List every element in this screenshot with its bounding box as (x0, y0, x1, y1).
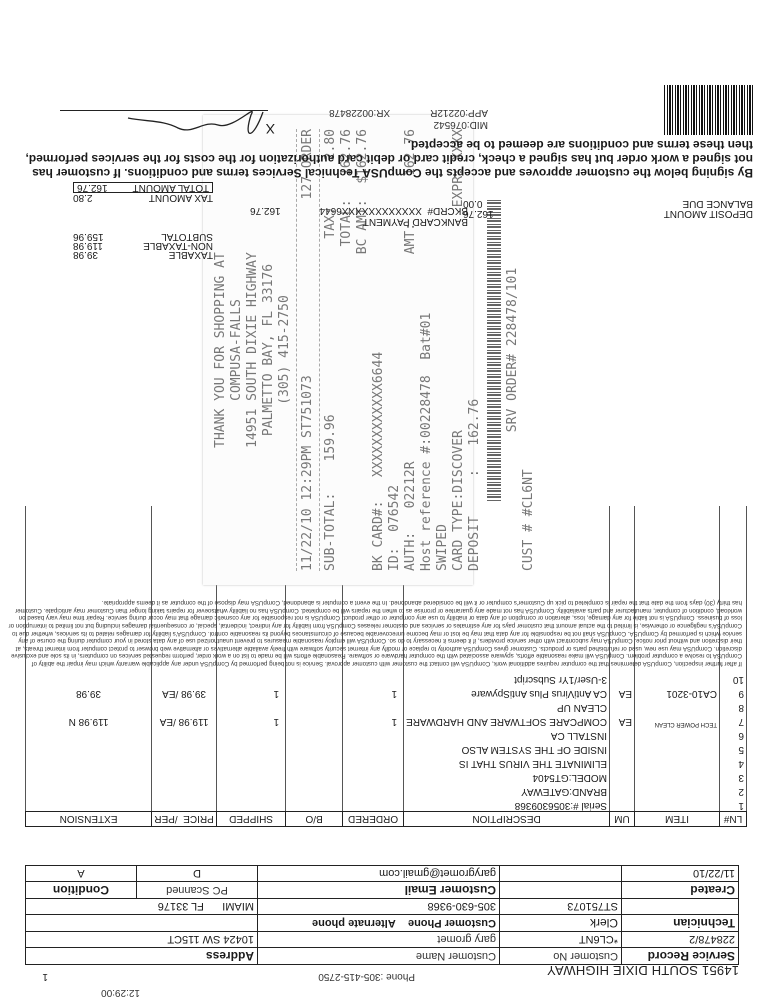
total-amount-box: TOTAL AMOUNT162.76 (73, 182, 213, 193)
line-number: 3 (720, 769, 747, 783)
backorder-qty (286, 713, 343, 727)
transaction-codes: MID:076542 APP:02212RXR:00228478 (289, 106, 488, 130)
deposit-row: DEPOSIT AMOUNT162.76 (463, 208, 753, 218)
ordered-qty (343, 699, 404, 713)
col-shipped: SHIPPED (217, 812, 286, 827)
table-row: 4ELIMINATE THE VIRUS THAT IS (26, 755, 747, 769)
unit-price (152, 783, 217, 797)
receipt-address2: PALMETTO BAY, FL 33176 (261, 129, 277, 571)
store-address: 14951 SOUTH DIXIE HIGHWAY (547, 963, 739, 978)
item-code: TECH POWER CLEAN (635, 713, 720, 727)
value-pc-scanned: D (136, 866, 257, 882)
value-service-record: 228478/2 (622, 932, 739, 948)
receipt-datetime-row: 11/22/10 12:29PM ST751073127 ORDER (300, 129, 316, 571)
address-line2-blank (26, 915, 258, 932)
payment-receipt: THANK YOU FOR SHOPPING AT COMPUSA-FALLS … (203, 115, 473, 585)
value-created: 11/22/10 (622, 866, 739, 882)
line-number: 7 (720, 713, 747, 727)
totals-block: TAXABLE39.98 NON-TAXABLE119.98 SUBTOTAL1… (73, 182, 213, 259)
unit-price (152, 797, 217, 812)
line-number: 5 (720, 741, 747, 755)
value-state-zip: FL 33176 (158, 901, 204, 913)
receipt-total-row: TOTAL: 162.76 (339, 129, 355, 571)
value-customer-email: garygromet@gmail.com (258, 866, 500, 882)
col-ordered: ORDERED (343, 812, 404, 827)
backorder-qty (286, 769, 343, 783)
receipt-srv-order: SRV ORDER# 228478/101 (505, 129, 521, 571)
label-customer-phone: Customer Phone (408, 917, 496, 929)
unit-measure (610, 671, 635, 685)
taxable-row: TAXABLE39.98 (73, 250, 213, 259)
unit-price (152, 769, 217, 783)
unit-price (152, 727, 217, 741)
non-taxable-row: NON-TAXABLE119.98 (73, 241, 213, 250)
unit-measure (610, 741, 635, 755)
value-clerk: ST751073 (500, 899, 622, 915)
receipt-bc-amt-row: BC AMT: $162.76 (355, 129, 371, 571)
item-code (635, 727, 720, 741)
label-technician: Technician (622, 915, 739, 932)
label-clerk: Clerk (500, 915, 622, 932)
label-customer-no: Customer No (500, 948, 622, 965)
label-address: Address (26, 948, 258, 965)
extension (26, 699, 152, 713)
description: INSIDE OF THE SYSTEM ALSO (404, 741, 610, 755)
customer-header-table: Service Record Customer No Customer Name… (25, 865, 739, 965)
balance-row: BALANCE DUE0.00 (463, 198, 753, 208)
unit-measure (610, 783, 635, 797)
value-customer-phone: 305-630-9368 (258, 899, 500, 915)
backorder-qty (286, 685, 343, 699)
receipt-id-row: ID: 076542 (387, 129, 403, 571)
page-number: 1 (42, 971, 48, 982)
deposit-block: DEPOSIT AMOUNT162.76 BALANCE DUE0.00 (463, 198, 753, 218)
shipped-qty (217, 727, 286, 741)
payment-card-row: BKCRD# XXXXXXXXXXXX6644 162.76 (250, 205, 468, 216)
unit-measure (610, 769, 635, 783)
label-condition: Condition (26, 882, 137, 899)
receipt-auth-row: AUTH: 02212RAMT: 162.76 (403, 129, 419, 571)
line-number: 10 (720, 671, 747, 685)
line-number: 8 (720, 699, 747, 713)
value-customer-no: *CL6NT (500, 932, 622, 948)
unit-measure (610, 797, 635, 812)
unit-price (152, 755, 217, 769)
extension (26, 783, 152, 797)
ordered-qty: 1 (343, 685, 404, 699)
value-customer-name: gary gromet (258, 932, 500, 948)
terms-fine-print: If after further inspection, CompUSA det… (7, 599, 742, 667)
receipt-store: COMPUSA-FALLS (229, 129, 245, 571)
ordered-qty (343, 741, 404, 755)
mid-code: MID:076542 (289, 118, 488, 130)
shipped-qty (217, 769, 286, 783)
table-row: 3MODEL:GT5404 (26, 769, 747, 783)
value-technician (622, 899, 739, 915)
shipped-qty (217, 783, 286, 797)
col-item: ITEM (635, 812, 720, 827)
col-ln: LN# (720, 812, 747, 827)
table-row: 5INSIDE OF THE SYSTEM ALSO (26, 741, 747, 755)
unit-price: 39.98 /EA (152, 685, 217, 699)
table-row: 9CA10-3201EACA AntiVirus Plus AntiSpywar… (26, 685, 747, 699)
table-row: 8CLEAN UP (26, 699, 747, 713)
shipped-qty: 1 (217, 685, 286, 699)
label-service-record: Service Record (622, 948, 739, 965)
extension (26, 769, 152, 783)
ordered-qty (343, 769, 404, 783)
receipt-cust: CUST # #CL6NT (521, 129, 537, 571)
value-address: 10424 SW 115CT (26, 932, 258, 948)
description: ELIMINATE THE VIRUS THAT IS (404, 755, 610, 769)
shipped-qty (217, 699, 286, 713)
description: MODEL:GT5404 (404, 769, 610, 783)
receipt-thanks: THANK YOU FOR SHOPPING AT (213, 129, 229, 571)
customer-signature (43, 100, 273, 160)
store-phone: Phone :305-415-2750 (318, 971, 415, 982)
label-customer-email: Customer Email (258, 882, 500, 899)
label-created: Created (622, 882, 739, 899)
item-code (635, 755, 720, 769)
table-row: 2BRAND:GATEWAY (26, 783, 747, 797)
description: INSTALL CA (404, 727, 610, 741)
unit-measure (610, 727, 635, 741)
shipped-qty (217, 741, 286, 755)
shipped-qty (217, 755, 286, 769)
receipt-host-row: Host reference #:00228478 Bat#01 (419, 129, 435, 571)
backorder-qty (286, 699, 343, 713)
work-order-page: 12:29:00 Phone :305-415-2750 1 14951 SOU… (0, 0, 773, 1000)
items-header-row: LN# ITEM UM DESCRIPTION ORDERED B/O SHIP… (26, 812, 747, 827)
item-code (635, 671, 720, 685)
backorder-qty (286, 755, 343, 769)
col-um: UM (610, 812, 635, 827)
ordered-qty (343, 671, 404, 685)
table-row: 7TECH POWER CLEANEACOMPCARE SOFTWARE AND… (26, 713, 747, 727)
description: CA AntiVirus Plus AntiSpyware (404, 685, 610, 699)
print-time: 12:29:00 (101, 987, 140, 998)
col-description: DESCRIPTION (404, 812, 610, 827)
description: BRAND:GATEWAY (404, 783, 610, 797)
label-alternate-phone: Alternate phone (312, 917, 396, 929)
line-number: 1 (720, 797, 747, 812)
table-row: 6INSTALL CA (26, 727, 747, 741)
ordered-qty: 1 (343, 713, 404, 727)
unit-price (152, 671, 217, 685)
extension (26, 727, 152, 741)
col-price: PRICE /PER (152, 812, 217, 827)
line-number: 2 (720, 783, 747, 797)
backorder-qty (286, 741, 343, 755)
extension: 39.98 (26, 685, 152, 699)
col-extension: EXTENSION (26, 812, 152, 827)
shipped-qty: 1 (217, 713, 286, 727)
unit-price (152, 699, 217, 713)
label-customer-name: Customer Name (258, 948, 500, 965)
label-pc-scanned: PC Scanned (136, 882, 257, 899)
ordered-qty (343, 783, 404, 797)
unit-measure (610, 699, 635, 713)
unit-measure: EA (610, 713, 635, 727)
document-barcode (663, 85, 753, 135)
col-bo: B/O (286, 812, 343, 827)
description: Serial #:3056309368 (404, 797, 610, 812)
line-number: 4 (720, 755, 747, 769)
description: CLEAN UP (404, 699, 610, 713)
receipt-address1: 14951 SOUTH DIXIE HIGHWAY (245, 129, 261, 571)
value-condition: A (26, 866, 137, 882)
item-code (635, 783, 720, 797)
blank-cell (500, 882, 622, 899)
value-city: MIAMI (222, 901, 254, 913)
description: COMPCARE SOFTWARE AND HARDWARE (404, 713, 610, 727)
tax-row: TAX AMOUNT2.80 (73, 193, 213, 202)
label-phones: Customer Phone Alternate phone (258, 915, 500, 932)
xr-code: XR:00228478 (329, 107, 390, 118)
backorder-qty (286, 671, 343, 685)
receipt-subtotal-row: SUB-TOTAL: 159.96TAX: 2.80 (323, 129, 339, 571)
line-number: 6 (720, 727, 747, 741)
line-number: 9 (720, 685, 747, 699)
signature-line (60, 110, 268, 111)
unit-measure (610, 755, 635, 769)
receipt-barcode (487, 199, 501, 501)
item-code (635, 699, 720, 713)
receipt-deposit-row: DEPOSIT : 162.76 (467, 129, 483, 571)
receipt-card-row: BK CARD#: XXXXXXXXXXXX6644 (371, 129, 387, 571)
table-row: 1Serial #:3056309368 (26, 797, 747, 812)
ordered-qty (343, 755, 404, 769)
unit-price (152, 741, 217, 755)
ordered-qty (343, 797, 404, 812)
unit-price: 119.98 /EA (152, 713, 217, 727)
extension (26, 797, 152, 812)
item-code (635, 769, 720, 783)
backorder-qty (286, 797, 343, 812)
shipped-qty (217, 797, 286, 812)
receipt-card-type-row: CARD TYPE:DISCOVEREXPR: XXXX (451, 129, 467, 571)
bankcard-payment: BANKCARD PAYMENT BKCRD# XXXXXXXXXXXX6644… (250, 205, 468, 227)
backorder-qty (286, 727, 343, 741)
table-row: 103-User/1Yr Subscript (26, 671, 747, 685)
item-code (635, 797, 720, 812)
receipt-swiped: SWIPED (435, 129, 451, 571)
ordered-qty (343, 727, 404, 741)
blank-cell (500, 866, 622, 882)
item-code: CA10-3201 (635, 685, 720, 699)
unit-measure: EA (610, 685, 635, 699)
extension: 119.98 N (26, 713, 152, 727)
app-code: APP:02212R (430, 107, 488, 118)
value-city-state: MIAMI FL 33176 (26, 899, 258, 915)
item-code (635, 741, 720, 755)
payment-type: BANKCARD PAYMENT (250, 216, 468, 227)
shipped-qty (217, 671, 286, 685)
extension (26, 741, 152, 755)
backorder-qty (286, 783, 343, 797)
extension (26, 671, 152, 685)
extension (26, 755, 152, 769)
receipt-phone: (305) 415-2750 (277, 129, 293, 571)
description: 3-User/1Yr Subscript (404, 671, 610, 685)
